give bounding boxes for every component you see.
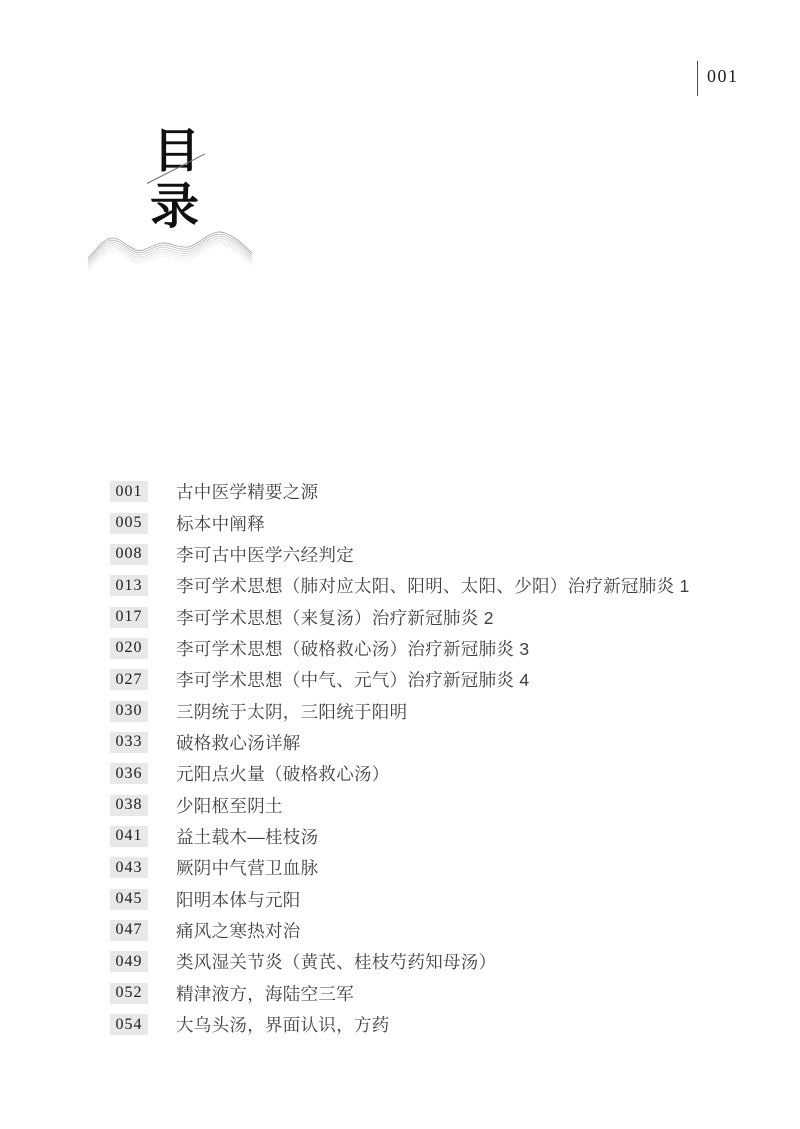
toc-entry-page-number: 030	[110, 701, 148, 722]
toc-entry-page-number: 033	[110, 732, 148, 753]
toc-row: 013 李可学术思想（肺对应太阳、阳明、太阳、少阳）治疗新冠肺炎 1	[110, 570, 690, 601]
toc-row: 008 李可古中医学六经判定	[110, 539, 690, 570]
toc-row: 030 三阴统于太阴，三阳统于阳明	[110, 695, 690, 726]
toc-entry-page-number: 036	[110, 763, 148, 784]
toc-entry-title: 破格救心汤详解	[176, 730, 301, 755]
wave-decoration	[86, 227, 254, 273]
toc-row: 036 元阳点火量（破格救心汤）	[110, 758, 690, 789]
toc-entry-title: 元阳点火量（破格救心汤）	[176, 761, 390, 786]
toc-entry-title: 标本中阐释	[176, 511, 265, 536]
toc-entry-title: 李可学术思想（中气、元气）治疗新冠肺炎 4	[176, 667, 529, 692]
toc-entry-title: 李可古中医学六经判定	[176, 542, 354, 567]
toc-entry-page-number: 047	[110, 920, 148, 941]
toc-row: 054 大乌头汤，界面认识，方药	[110, 1009, 690, 1040]
toc-row: 005 标本中阐释	[110, 507, 690, 538]
folio-divider-line	[697, 61, 698, 96]
toc-entry-title: 李可学术思想（肺对应太阳、阳明、太阳、少阳）治疗新冠肺炎 1	[176, 573, 690, 598]
toc-entry-title: 古中医学精要之源	[176, 479, 318, 504]
toc-entry-page-number: 008	[110, 544, 148, 565]
toc-entry-page-number: 027	[110, 669, 148, 690]
toc-row: 017 李可学术思想（来复汤）治疗新冠肺炎 2	[110, 601, 690, 632]
toc-entry-page-number: 001	[110, 481, 148, 502]
toc-entry-page-number: 045	[110, 889, 148, 910]
toc-entry-page-number: 049	[110, 951, 148, 972]
toc-entry-page-number: 013	[110, 575, 148, 596]
toc-entry-page-number: 020	[110, 638, 148, 659]
toc-row: 001 古中医学精要之源	[110, 476, 690, 507]
toc-entry-title: 李可学术思想（来复汤）治疗新冠肺炎 2	[176, 605, 494, 630]
toc-entry-page-number: 052	[110, 983, 148, 1004]
toc-entry-page-number: 017	[110, 607, 148, 628]
toc-row: 020 李可学术思想（破格救心汤）治疗新冠肺炎 3	[110, 633, 690, 664]
toc-entry-title: 李可学术思想（破格救心汤）治疗新冠肺炎 3	[176, 636, 529, 661]
toc-entry-page-number: 043	[110, 857, 148, 878]
toc-entry-title: 精津液方，海陆空三军	[176, 981, 354, 1006]
toc-row: 045 阳明本体与元阳	[110, 883, 690, 914]
toc-entry-page-number: 038	[110, 795, 148, 816]
toc-entry-title: 类风湿关节炎（黄芪、桂枝芍药知母汤）	[176, 949, 496, 974]
toc-title-char-lu: 录	[150, 182, 199, 231]
toc-row: 027 李可学术思想（中气、元气）治疗新冠肺炎 4	[110, 664, 690, 695]
toc-row: 038 少阳枢至阴土	[110, 789, 690, 820]
toc-entry-page-number: 054	[110, 1014, 148, 1035]
toc-list: 001 古中医学精要之源 005 标本中阐释 008 李可古中医学六经判定 01…	[110, 476, 690, 1040]
book-toc-page: 001 目 录 001 古中医学精要之源 005 标本中阐释 008 李可古中医…	[0, 0, 800, 1129]
toc-entry-page-number: 041	[110, 826, 148, 847]
toc-entry-title: 阳明本体与元阳	[176, 887, 301, 912]
toc-row: 049 类风湿关节炎（黄芪、桂枝芍药知母汤）	[110, 946, 690, 977]
toc-row: 043 厥阴中气营卫血脉	[110, 852, 690, 883]
toc-entry-title: 益土载木—桂枝汤	[176, 824, 318, 849]
toc-entry-title: 三阴统于太阴，三阳统于阳明	[176, 699, 407, 724]
toc-row: 033 破格救心汤详解	[110, 727, 690, 758]
folio-page-number: 001	[707, 66, 739, 87]
toc-entry-title: 大乌头汤，界面认识，方药	[176, 1012, 390, 1037]
toc-entry-title: 厥阴中气营卫血脉	[176, 855, 318, 880]
toc-entry-page-number: 005	[110, 513, 148, 534]
toc-row: 041 益土载木—桂枝汤	[110, 821, 690, 852]
toc-entry-title: 少阳枢至阴土	[176, 793, 283, 818]
toc-row: 047 痛风之寒热对治	[110, 915, 690, 946]
toc-entry-title: 痛风之寒热对治	[176, 918, 301, 943]
toc-row: 052 精津液方，海陆空三军	[110, 978, 690, 1009]
